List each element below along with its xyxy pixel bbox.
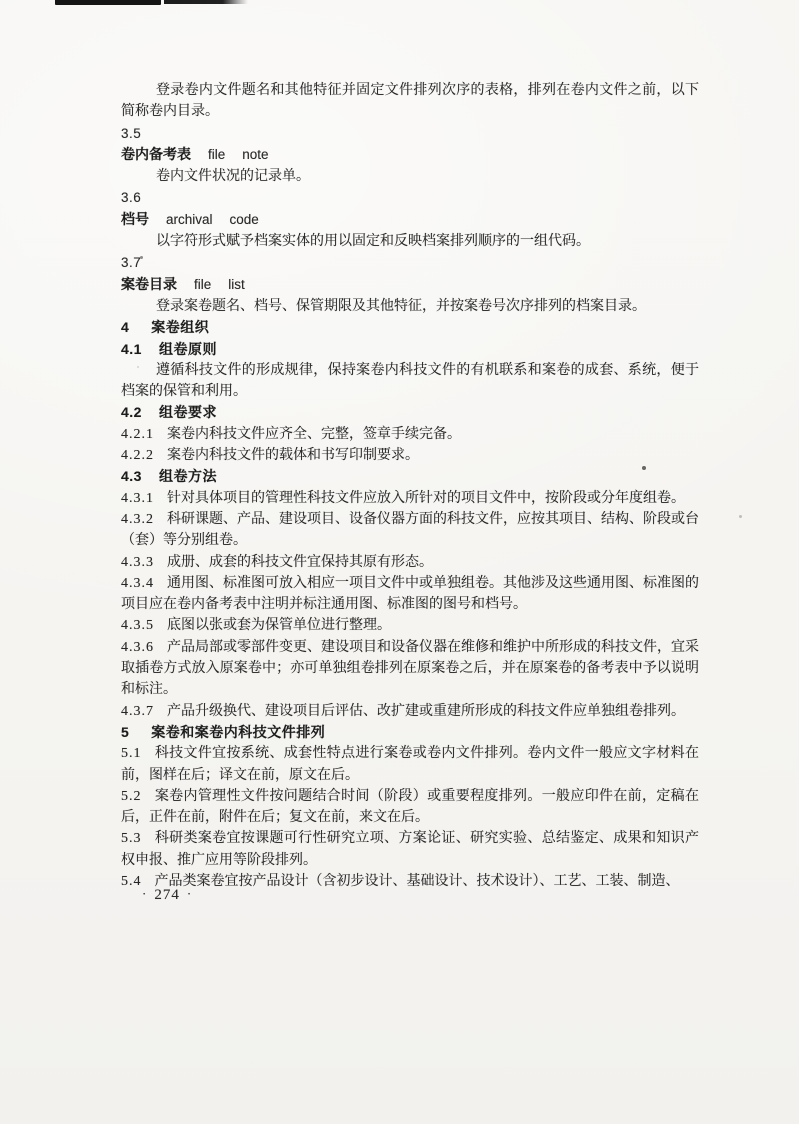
- heading-label: 组卷要求: [159, 404, 217, 420]
- clause-number: 4.3.1: [121, 491, 154, 506]
- scan-artifact-bar-left: [55, 0, 161, 5]
- clause-number: 4.3.6: [121, 640, 154, 655]
- clause-4.3.2: 4.3.2科研课题、产品、建设项目、设备仪器方面的科技文件，应按其项目、结构、阶…: [121, 509, 699, 552]
- heading-label: 案卷组织: [151, 319, 209, 335]
- term-chinese: 案卷目录: [121, 276, 177, 292]
- clause-text: 案卷内管理性文件按问题结合时间（阶段）或重要程度排列。一般应印件在前，定稿在后，…: [121, 789, 699, 825]
- paragraph: 登录卷内文件题名和其他特征并固定文件排列次序的表格，排列在卷内文件之前，以下简称…: [121, 80, 699, 123]
- clause-4.3.1: 4.3.1针对具体项目的管理性科技文件应放入所针对的项目文件中，按阶段或分年度组…: [121, 488, 699, 509]
- clause-text: 科技文件宜按系统、成套性特点进行案卷或卷内文件排列。卷内文件一般应文字材料在前，…: [121, 746, 699, 782]
- term-definition: 卷内备考表filenote: [121, 144, 699, 166]
- clause-text: 成册、成套的科技文件宜保持其原有形态。: [167, 555, 433, 570]
- heading-5: 5案卷和案卷内科技文件排列: [121, 722, 699, 743]
- paragraph: 遵循科技文件的形成规律，保持案卷内科技文件的有机联系和案卷的成套、系统，便于档案…: [121, 360, 699, 403]
- clause-text: 针对具体项目的管理性科技文件应放入所针对的项目文件中，按阶段或分年度组卷。: [167, 491, 685, 506]
- clause-5.4: 5.4产品类案卷宜按产品设计（含初步设计、基础设计、技术设计）、工艺、工装、制造…: [121, 871, 699, 892]
- section-number-3.6: 3.6: [121, 187, 699, 208]
- page-number-dot: ·: [142, 886, 147, 901]
- clause-number: 5.4: [121, 874, 142, 889]
- clause-text: 案卷内科技文件的载体和书写印制要求。: [167, 448, 419, 463]
- heading-number: 4.3: [121, 466, 142, 487]
- heading-label: 组卷原则: [159, 341, 217, 357]
- paragraph: 以字符形式赋予档案实体的用以固定和反映档案排列顺序的一组代码。: [121, 231, 699, 252]
- heading-number: 4.2: [121, 402, 142, 423]
- clause-number: 4.3.7: [121, 704, 154, 719]
- term-english: archival: [166, 212, 213, 227]
- term-english: note: [242, 147, 268, 162]
- clause-5.2: 5.2案卷内管理性文件按问题结合时间（阶段）或重要程度排列。一般应印件在前，定稿…: [121, 786, 699, 829]
- clause-number: 5.2: [121, 789, 142, 804]
- clause-4.3.5: 4.3.5底图以张或套为保管单位进行整理。: [121, 615, 699, 636]
- heading-4.3: 4.3组卷方法: [121, 466, 699, 487]
- term-definition: 档号archivalcode: [121, 209, 699, 231]
- clause-number: 5.3: [121, 831, 142, 846]
- clause-text: 通用图、标准图可放入相应一项目文件中或单独组卷。其他涉及这些通用图、标准图的项目…: [121, 576, 699, 612]
- document-body: 登录卷内文件题名和其他特征并固定文件排列次序的表格，排列在卷内文件之前，以下简称…: [121, 80, 699, 892]
- clause-number: 4.3.5: [121, 618, 154, 633]
- clause-text: 底图以张或套为保管单位进行整理。: [167, 618, 391, 633]
- clause-text: 案卷内科技文件应齐全、完整，签章手续完备。: [167, 427, 461, 442]
- heading-number: 4.1: [121, 339, 142, 360]
- term-english: file: [194, 277, 211, 292]
- paragraph: 卷内文件状况的记录单。: [121, 166, 699, 187]
- term-english: code: [230, 212, 259, 227]
- clause-4.2.1: 4.2.1案卷内科技文件应齐全、完整，签章手续完备。: [121, 424, 699, 445]
- heading-4.2: 4.2组卷要求: [121, 402, 699, 423]
- clause-5.3: 5.3科研类案卷宜按课题可行性研究立项、方案论证、研究实验、总结鉴定、成果和知识…: [121, 828, 699, 871]
- section-number-3.7: 3.7: [121, 252, 699, 273]
- clause-text: 产品类案卷宜按产品设计（含初步设计、基础设计、技术设计）、工艺、工装、制造、: [155, 874, 680, 889]
- clause-4.3.3: 4.3.3成册、成套的科技文件宜保持其原有形态。: [121, 552, 699, 573]
- clause-number: 4.3.3: [121, 555, 154, 570]
- section-number-3.5: 3.5: [121, 123, 699, 144]
- term-chinese: 档号: [121, 211, 149, 227]
- term-definition: 案卷目录filelist: [121, 274, 699, 296]
- heading-number: 4: [121, 317, 129, 338]
- clause-number: 5.1: [121, 746, 142, 761]
- clause-number: 4.2.2: [121, 448, 154, 463]
- page-number: ·274·: [142, 886, 192, 904]
- clause-4.3.7: 4.3.7产品升级换代、建设项目后评估、改扩建或重建所形成的科技文件应单独组卷排…: [121, 701, 699, 722]
- clause-text: 科研类案卷宜按课题可行性研究立项、方案论证、研究实验、总结鉴定、成果和知识产权申…: [121, 831, 699, 867]
- clause-number: 4.2.1: [121, 427, 154, 442]
- clause-text: 产品升级换代、建设项目后评估、改扩建或重建所形成的科技文件应单独组卷排列。: [167, 704, 685, 719]
- clause-4.3.6: 4.3.6产品局部或零部件变更、建设项目和设备仪器在维修和维护中所形成的科技文件…: [121, 637, 699, 701]
- heading-label: 案卷和案卷内科技文件排列: [151, 724, 325, 740]
- page-number-value: 274: [154, 887, 180, 903]
- term-english: file: [208, 147, 225, 162]
- term-chinese: 卷内备考表: [121, 146, 191, 162]
- clause-4.2.2: 4.2.2案卷内科技文件的载体和书写印制要求。: [121, 445, 699, 466]
- heading-number: 5: [121, 722, 129, 743]
- scan-speck: [739, 515, 742, 518]
- scan-artifact-bar-right: [164, 0, 248, 4]
- paragraph: 登录案卷题名、档号、保管期限及其他特征，并按案卷号次序排列的档案目录。: [121, 296, 699, 317]
- clause-4.3.4: 4.3.4通用图、标准图可放入相应一项目文件中或单独组卷。其他涉及这些通用图、标…: [121, 573, 699, 616]
- clause-number: 4.3.4: [121, 576, 154, 591]
- clause-text: 产品局部或零部件变更、建设项目和设备仪器在维修和维护中所形成的科技文件，宜采取插…: [121, 640, 699, 698]
- heading-4.1: 4.1组卷原则: [121, 339, 699, 360]
- term-english: list: [228, 277, 245, 292]
- scanned-document-page: 登录卷内文件题名和其他特征并固定文件排列次序的表格，排列在卷内文件之前，以下简称…: [0, 0, 799, 1124]
- clause-5.1: 5.1科技文件宜按系统、成套性特点进行案卷或卷内文件排列。卷内文件一般应文字材料…: [121, 743, 699, 786]
- heading-label: 组卷方法: [159, 468, 217, 484]
- heading-4: 4案卷组织: [121, 317, 699, 338]
- clause-number: 4.3.2: [121, 512, 154, 527]
- page-number-dot: ·: [187, 886, 192, 901]
- clause-text: 科研课题、产品、建设项目、设备仪器方面的科技文件，应按其项目、结构、阶段或台（套…: [121, 512, 699, 548]
